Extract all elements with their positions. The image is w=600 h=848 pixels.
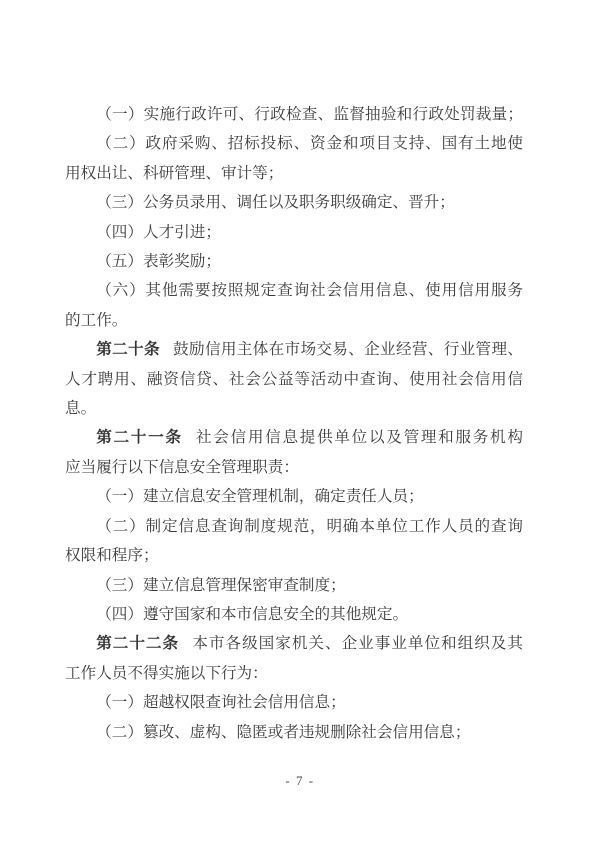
paragraph: （二）政府采购、招标投标、资金和项目支持、国有土地使用权出让、科研管理、审计等；: [65, 129, 523, 188]
text-line: （一）实施行政许可、行政检查、监督抽验和行政处罚裁量；: [65, 100, 523, 129]
article-number: 第二十一条: [96, 429, 183, 446]
text-line: （五）表彰奖励；: [65, 247, 523, 276]
document-body: （一）实施行政许可、行政检查、监督抽验和行政处罚裁量；（二）政府采购、招标投标、…: [65, 100, 523, 747]
text-line: 人才聘用、融资信贷、社会公益等活动中查询、使用社会信用信: [65, 365, 523, 394]
document-page: （一）实施行政许可、行政检查、监督抽验和行政处罚裁量；（二）政府采购、招标投标、…: [0, 0, 600, 848]
text-line: （四）人才引进；: [65, 218, 523, 247]
article-line: 第二十二条本市各级国家机关、企业事业单位和组织及其: [65, 629, 523, 658]
text-line: 权限和程序；: [65, 541, 523, 570]
paragraph: （六）其他需要按照规定查询社会信用信息、使用信用服务的工作。: [65, 276, 523, 335]
article-line: 第二十一条社会信用信息提供单位以及管理和服务机构: [65, 423, 523, 452]
article-number: 第二十条: [96, 341, 160, 358]
text-line: （一）超越权限查询社会信用信息；: [65, 688, 523, 717]
text-line: （四）遵守国家和本市信息安全的其他规定。: [65, 600, 523, 629]
paragraph: 第二十二条本市各级国家机关、企业事业单位和组织及其工作人员不得实施以下行为：: [65, 629, 523, 688]
paragraph: （三）公务员录用、调任以及职务职级确定、晋升；: [65, 188, 523, 217]
paragraph: 第二十一条社会信用信息提供单位以及管理和服务机构应当履行以下信息安全管理职责：: [65, 423, 523, 482]
text-line: 工作人员不得实施以下行为：: [65, 659, 523, 688]
paragraph: （一）超越权限查询社会信用信息；: [65, 688, 523, 717]
paragraph: （四）人才引进；: [65, 218, 523, 247]
text-line: （一）建立信息安全管理机制，确定责任人员；: [65, 482, 523, 511]
paragraph: （二）制定信息查询制度规范，明确本单位工作人员的查询权限和程序；: [65, 512, 523, 571]
text-line: （二）制定信息查询制度规范，明确本单位工作人员的查询: [65, 512, 523, 541]
text-line: （六）其他需要按照规定查询社会信用信息、使用信用服务: [65, 276, 523, 305]
paragraph: （四）遵守国家和本市信息安全的其他规定。: [65, 600, 523, 629]
text-line: 的工作。: [65, 306, 523, 335]
paragraph: （一）建立信息安全管理机制，确定责任人员；: [65, 482, 523, 511]
paragraph: （一）实施行政许可、行政检查、监督抽验和行政处罚裁量；: [65, 100, 523, 129]
page-footer: - 7 -: [0, 772, 600, 790]
text-line: 应当履行以下信息安全管理职责：: [65, 453, 523, 482]
text-line: 用权出让、科研管理、审计等；: [65, 159, 523, 188]
paragraph: 第二十条鼓励信用主体在市场交易、企业经营、行业管理、人才聘用、融资信贷、社会公益…: [65, 335, 523, 423]
page-number: - 7 -: [285, 773, 314, 788]
text-line: （二）政府采购、招标投标、资金和项目支持、国有土地使: [65, 129, 523, 158]
article-line: 第二十条鼓励信用主体在市场交易、企业经营、行业管理、: [65, 335, 523, 364]
paragraph: （二）篡改、虚构、隐匿或者违规删除社会信用信息；: [65, 718, 523, 747]
text-line: 息。: [65, 394, 523, 423]
text-line: （三）公务员录用、调任以及职务职级确定、晋升；: [65, 188, 523, 217]
article-number: 第二十二条: [96, 635, 179, 652]
text-line: （二）篡改、虚构、隐匿或者违规删除社会信用信息；: [65, 718, 523, 747]
text-line: （三）建立信息管理保密审查制度；: [65, 571, 523, 600]
paragraph: （五）表彰奖励；: [65, 247, 523, 276]
paragraph: （三）建立信息管理保密审查制度；: [65, 571, 523, 600]
